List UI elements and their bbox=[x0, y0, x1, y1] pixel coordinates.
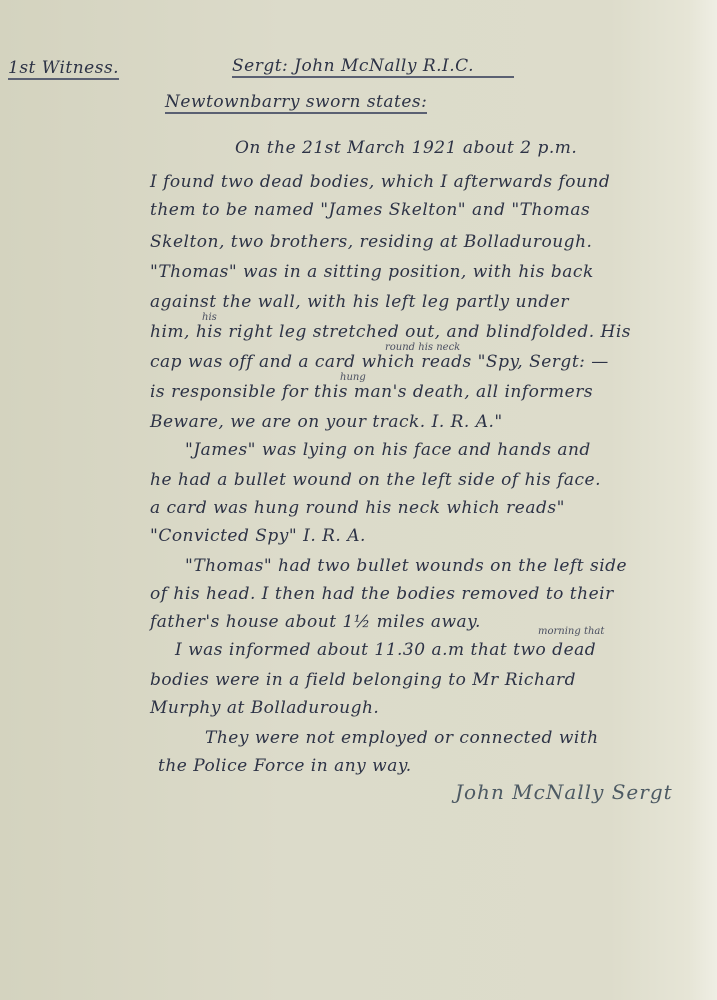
body-line: of his head. I then had the bodies remov… bbox=[150, 584, 614, 604]
location-heading: Newtownbarry sworn states: bbox=[165, 92, 427, 114]
body-line: I was informed about 11.30 a.m that two … bbox=[175, 640, 596, 660]
insertion-morning-that: morning that bbox=[538, 626, 604, 637]
body-line: cap was off and a card which reads "Spy,… bbox=[150, 352, 609, 372]
signature: John McNally Sergt bbox=[455, 780, 673, 804]
witness-name: Sergt: John McNally R.I.C. bbox=[232, 56, 514, 78]
body-line: "James" was lying on his face and hands … bbox=[185, 440, 591, 460]
body-line: against the wall, with his left leg part… bbox=[150, 292, 569, 312]
body-line: him, his right leg stretched out, and bl… bbox=[150, 322, 631, 342]
document-page: 1st Witness. Sergt: John McNally R.I.C. … bbox=[0, 0, 717, 1000]
body-line: "Convicted Spy" I. R. A. bbox=[150, 526, 366, 546]
body-line: I found two dead bodies, which I afterwa… bbox=[150, 172, 610, 192]
body-line: Skelton, two brothers, residing at Bolla… bbox=[150, 232, 592, 252]
body-line: bodies were in a field belonging to Mr R… bbox=[150, 670, 576, 690]
body-line: They were not employed or connected with bbox=[205, 728, 599, 748]
body-line: Murphy at Bolladurough. bbox=[150, 698, 379, 718]
body-line: "Thomas" was in a sitting position, with… bbox=[150, 262, 594, 282]
body-line: On the 21st March 1921 about 2 p.m. bbox=[235, 138, 577, 158]
body-line: "Thomas" had two bullet wounds on the le… bbox=[185, 556, 627, 576]
body-line: them to be named "James Skelton" and "Th… bbox=[150, 200, 590, 220]
body-line: is responsible for this man's death, all… bbox=[150, 382, 593, 402]
body-line: father's house about 1½ miles away. bbox=[150, 612, 481, 632]
body-line: the Police Force in any way. bbox=[158, 756, 412, 776]
witness-label: 1st Witness. bbox=[8, 58, 119, 80]
body-line: he had a bullet wound on the left side o… bbox=[150, 470, 601, 490]
body-line: Beware, we are on your track. I. R. A." bbox=[150, 412, 503, 432]
body-line: a card was hung round his neck which rea… bbox=[150, 498, 565, 518]
